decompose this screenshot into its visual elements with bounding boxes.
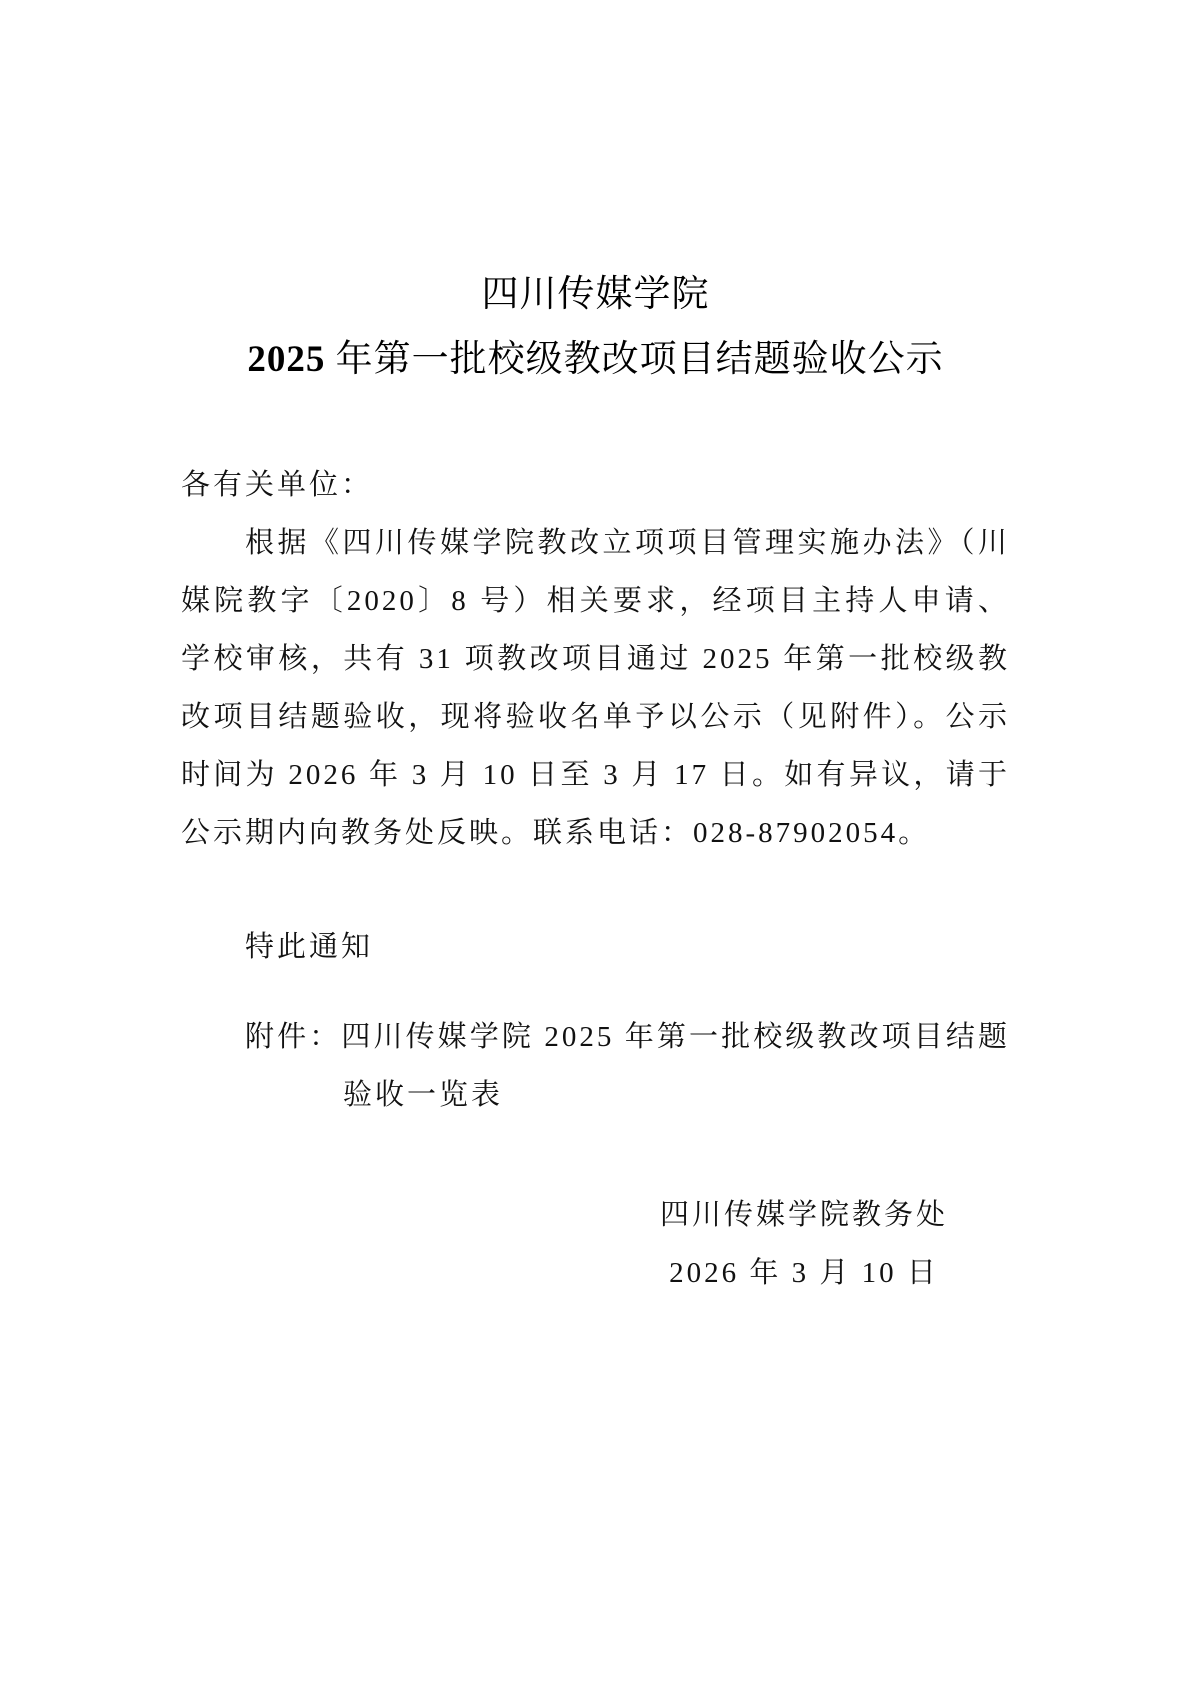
attachment-note: 附件：四川传媒学院 2025 年第一批校级教改项目结题验收一览表 bbox=[181, 1008, 1010, 1124]
signature-inner: 四川传媒学院教务处 2026 年 3 月 10 日 bbox=[660, 1186, 948, 1302]
closing-phrase: 特此通知 bbox=[181, 918, 1010, 976]
title-line-2: 2025 年第一批校级教改项目结题验收公示 bbox=[181, 327, 1010, 392]
salutation: 各有关单位： bbox=[181, 456, 1010, 514]
issue-date: 2026 年 3 月 10 日 bbox=[660, 1244, 948, 1302]
document-body: 各有关单位： 根据《四川传媒学院教改立项项目管理实施办法》（川媒院教字〔2020… bbox=[181, 456, 1010, 1302]
document-title: 四川传媒学院 2025 年第一批校级教改项目结题验收公示 bbox=[181, 262, 1010, 392]
signature-block: 四川传媒学院教务处 2026 年 3 月 10 日 bbox=[181, 1186, 1010, 1302]
attachment-label: 附件： bbox=[245, 1021, 341, 1053]
body-paragraph: 根据《四川传媒学院教改立项项目管理实施办法》（川媒院教字〔2020〕8 号）相关… bbox=[181, 514, 1010, 862]
document-page: 四川传媒学院 2025 年第一批校级教改项目结题验收公示 各有关单位： 根据《四… bbox=[0, 0, 1191, 1684]
issuer-name: 四川传媒学院教务处 bbox=[660, 1186, 948, 1244]
title-line-1: 四川传媒学院 bbox=[181, 262, 1010, 327]
attachment-text: 四川传媒学院 2025 年第一批校级教改项目结题验收一览表 bbox=[341, 1021, 1010, 1111]
